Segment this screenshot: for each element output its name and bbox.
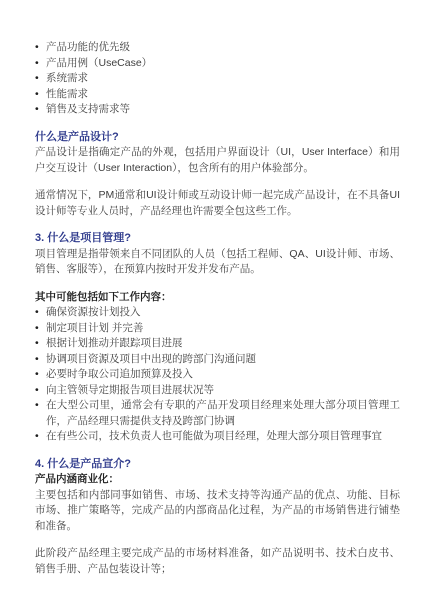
list-item: 产品用例（UseCase） — [35, 56, 400, 72]
list-item: 在有些公司，技术负责人也可能做为项目经理，处理大部分项目管理事宜 — [35, 429, 400, 445]
list-item: 协调项目资源及项目中出现的跨部门沟通问题 — [35, 352, 400, 368]
section-heading-product-promotion: 4. 什么是产品宣介? — [35, 457, 400, 473]
sub-label-commercialization: 产品内涵商业化： — [35, 472, 400, 488]
intro-bullet-list: 产品功能的优先级 产品用例（UseCase） 系统需求 性能需求 销售及支持需求… — [35, 40, 400, 118]
section-heading-project-management: 3. 什么是项目管理? — [35, 231, 400, 247]
list-item: 根据计划推动并跟踪项目进展 — [35, 336, 400, 352]
paragraph: 主要包括和内部同事如销售、市场、技术支持等沟通产品的优点、功能、目标市场、推广策… — [35, 488, 400, 535]
list-item: 向主管领导定期报告项目进展状况等 — [35, 383, 400, 399]
sub-label-work-content: 其中可能包括如下工作内容： — [35, 290, 400, 306]
list-item: 确保资源按计划投入 — [35, 305, 400, 321]
list-item: 在大型公司里，通常会有专职的产品开发项目经理来处理大部分项目管理工作，产品经理只… — [35, 398, 400, 429]
list-item: 必要时争取公司追加预算及投入 — [35, 367, 400, 383]
project-management-bullet-list: 确保资源按计划投入 制定项目计划 并完善 根据计划推动并跟踪项目进展 协调项目资… — [35, 305, 400, 445]
paragraph: 产品设计是指确定产品的外观，包括用户界面设计（UI，User Interface… — [35, 145, 400, 176]
section-heading-product-design: 什么是产品设计? — [35, 130, 400, 146]
list-item: 销售及支持需求等 — [35, 102, 400, 118]
list-item: 产品功能的优先级 — [35, 40, 400, 56]
list-item: 制定项目计划 并完善 — [35, 321, 400, 337]
paragraph: 通常情况下，PM通常和UI设计师或互动设计师一起完成产品设计，在不具备UI设计师… — [35, 188, 400, 219]
list-item: 性能需求 — [35, 87, 400, 103]
paragraph: 项目管理是指带领来自不同团队的人员（包括工程师、QA、UI设计师、市场、销售、客… — [35, 247, 400, 278]
document-page: 产品功能的优先级 产品用例（UseCase） 系统需求 性能需求 销售及支持需求… — [0, 0, 430, 600]
paragraph: 此阶段产品经理主要完成产品的市场材料准备，如产品说明书、技术白皮书、销售手册、产… — [35, 546, 400, 577]
list-item: 系统需求 — [35, 71, 400, 87]
